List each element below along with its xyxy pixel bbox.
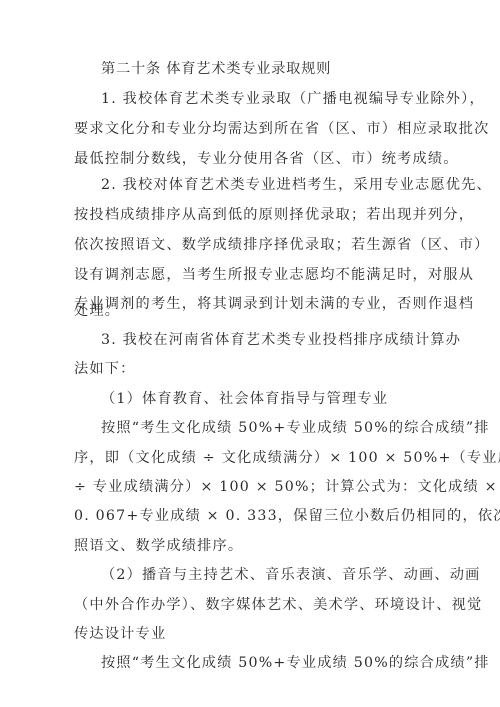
- paragraph-1-line-2: 要求文化分和专业分均需达到所在省（区、市）相应录取批次: [74, 119, 489, 139]
- document-page: 第二十条 体育艺术类专业录取规则 1. 我校体育艺术类专业录取（广播电视编导专业…: [0, 0, 500, 707]
- paragraph-3-line-1: 3. 我校在河南省体育艺术类专业投档排序成绩计算办: [101, 330, 461, 350]
- subsection-1-line-3: ÷ 专业成绩满分）× 100 × 50%；计算公式为：文化成绩 ×: [74, 477, 498, 497]
- subsection-2-title-line-3: 传达设计专业: [74, 624, 166, 644]
- subsection-2-title-line-1: （2）播音与主持艺术、音乐表演、音乐学、动画、动画: [101, 565, 481, 585]
- subsection-1-line-5: 照语文、数学成绩排序。: [74, 536, 243, 556]
- subsection-1-line-4: 0. 067+专业成绩 × 0. 333，保留三位小数后仍相同的，依次按: [74, 506, 500, 526]
- paragraph-2-line-6: 处理。: [74, 301, 120, 321]
- subsection-1-title: （1）体育教育、社会体育指导与管理专业: [101, 389, 388, 409]
- subsection-1-line-2: 序，即（文化成绩 ÷ 文化成绩满分）× 100 × 50%+（专业成绩: [74, 448, 500, 468]
- article-heading: 第二十条 体育艺术类专业录取规则: [101, 59, 331, 79]
- subsection-1-line-1: 按照“考生文化成绩 50%+专业成绩 50%的综合成绩”排: [101, 418, 490, 438]
- paragraph-2-line-1: 2. 我校对体育艺术类专业进档考生，采用专业志愿优先、: [101, 175, 492, 195]
- paragraph-1-line-1: 1. 我校体育艺术类专业录取（广播电视编导专业除外），: [101, 89, 485, 109]
- paragraph-2-line-4: 设有调剂志愿，当考生所报专业志愿均不能满足时，对服从: [74, 265, 474, 285]
- paragraph-2-line-3: 依次按照语文、数学成绩排序择优录取；若生源省（区、市）: [74, 235, 489, 255]
- paragraph-1-line-3: 最低控制分数线，专业分使用各省（区、市）统考成绩。: [74, 149, 459, 169]
- paragraph-2-line-5: 专业调剂的考生，将其调录到计划未满的专业，否则作退档: [74, 294, 474, 314]
- subsection-2-line-1: 按照“考生文化成绩 50%+专业成绩 50%的综合成绩”排: [101, 653, 490, 673]
- paragraph-2-line-2: 按投档成绩排序从高到低的原则择优录取；若出现并列分，: [74, 205, 474, 225]
- paragraph-3-line-2: 法如下：: [74, 359, 136, 379]
- subsection-2-title-line-2: （中外合作办学）、数字媒体艺术、美术学、环境设计、视觉: [74, 595, 482, 615]
